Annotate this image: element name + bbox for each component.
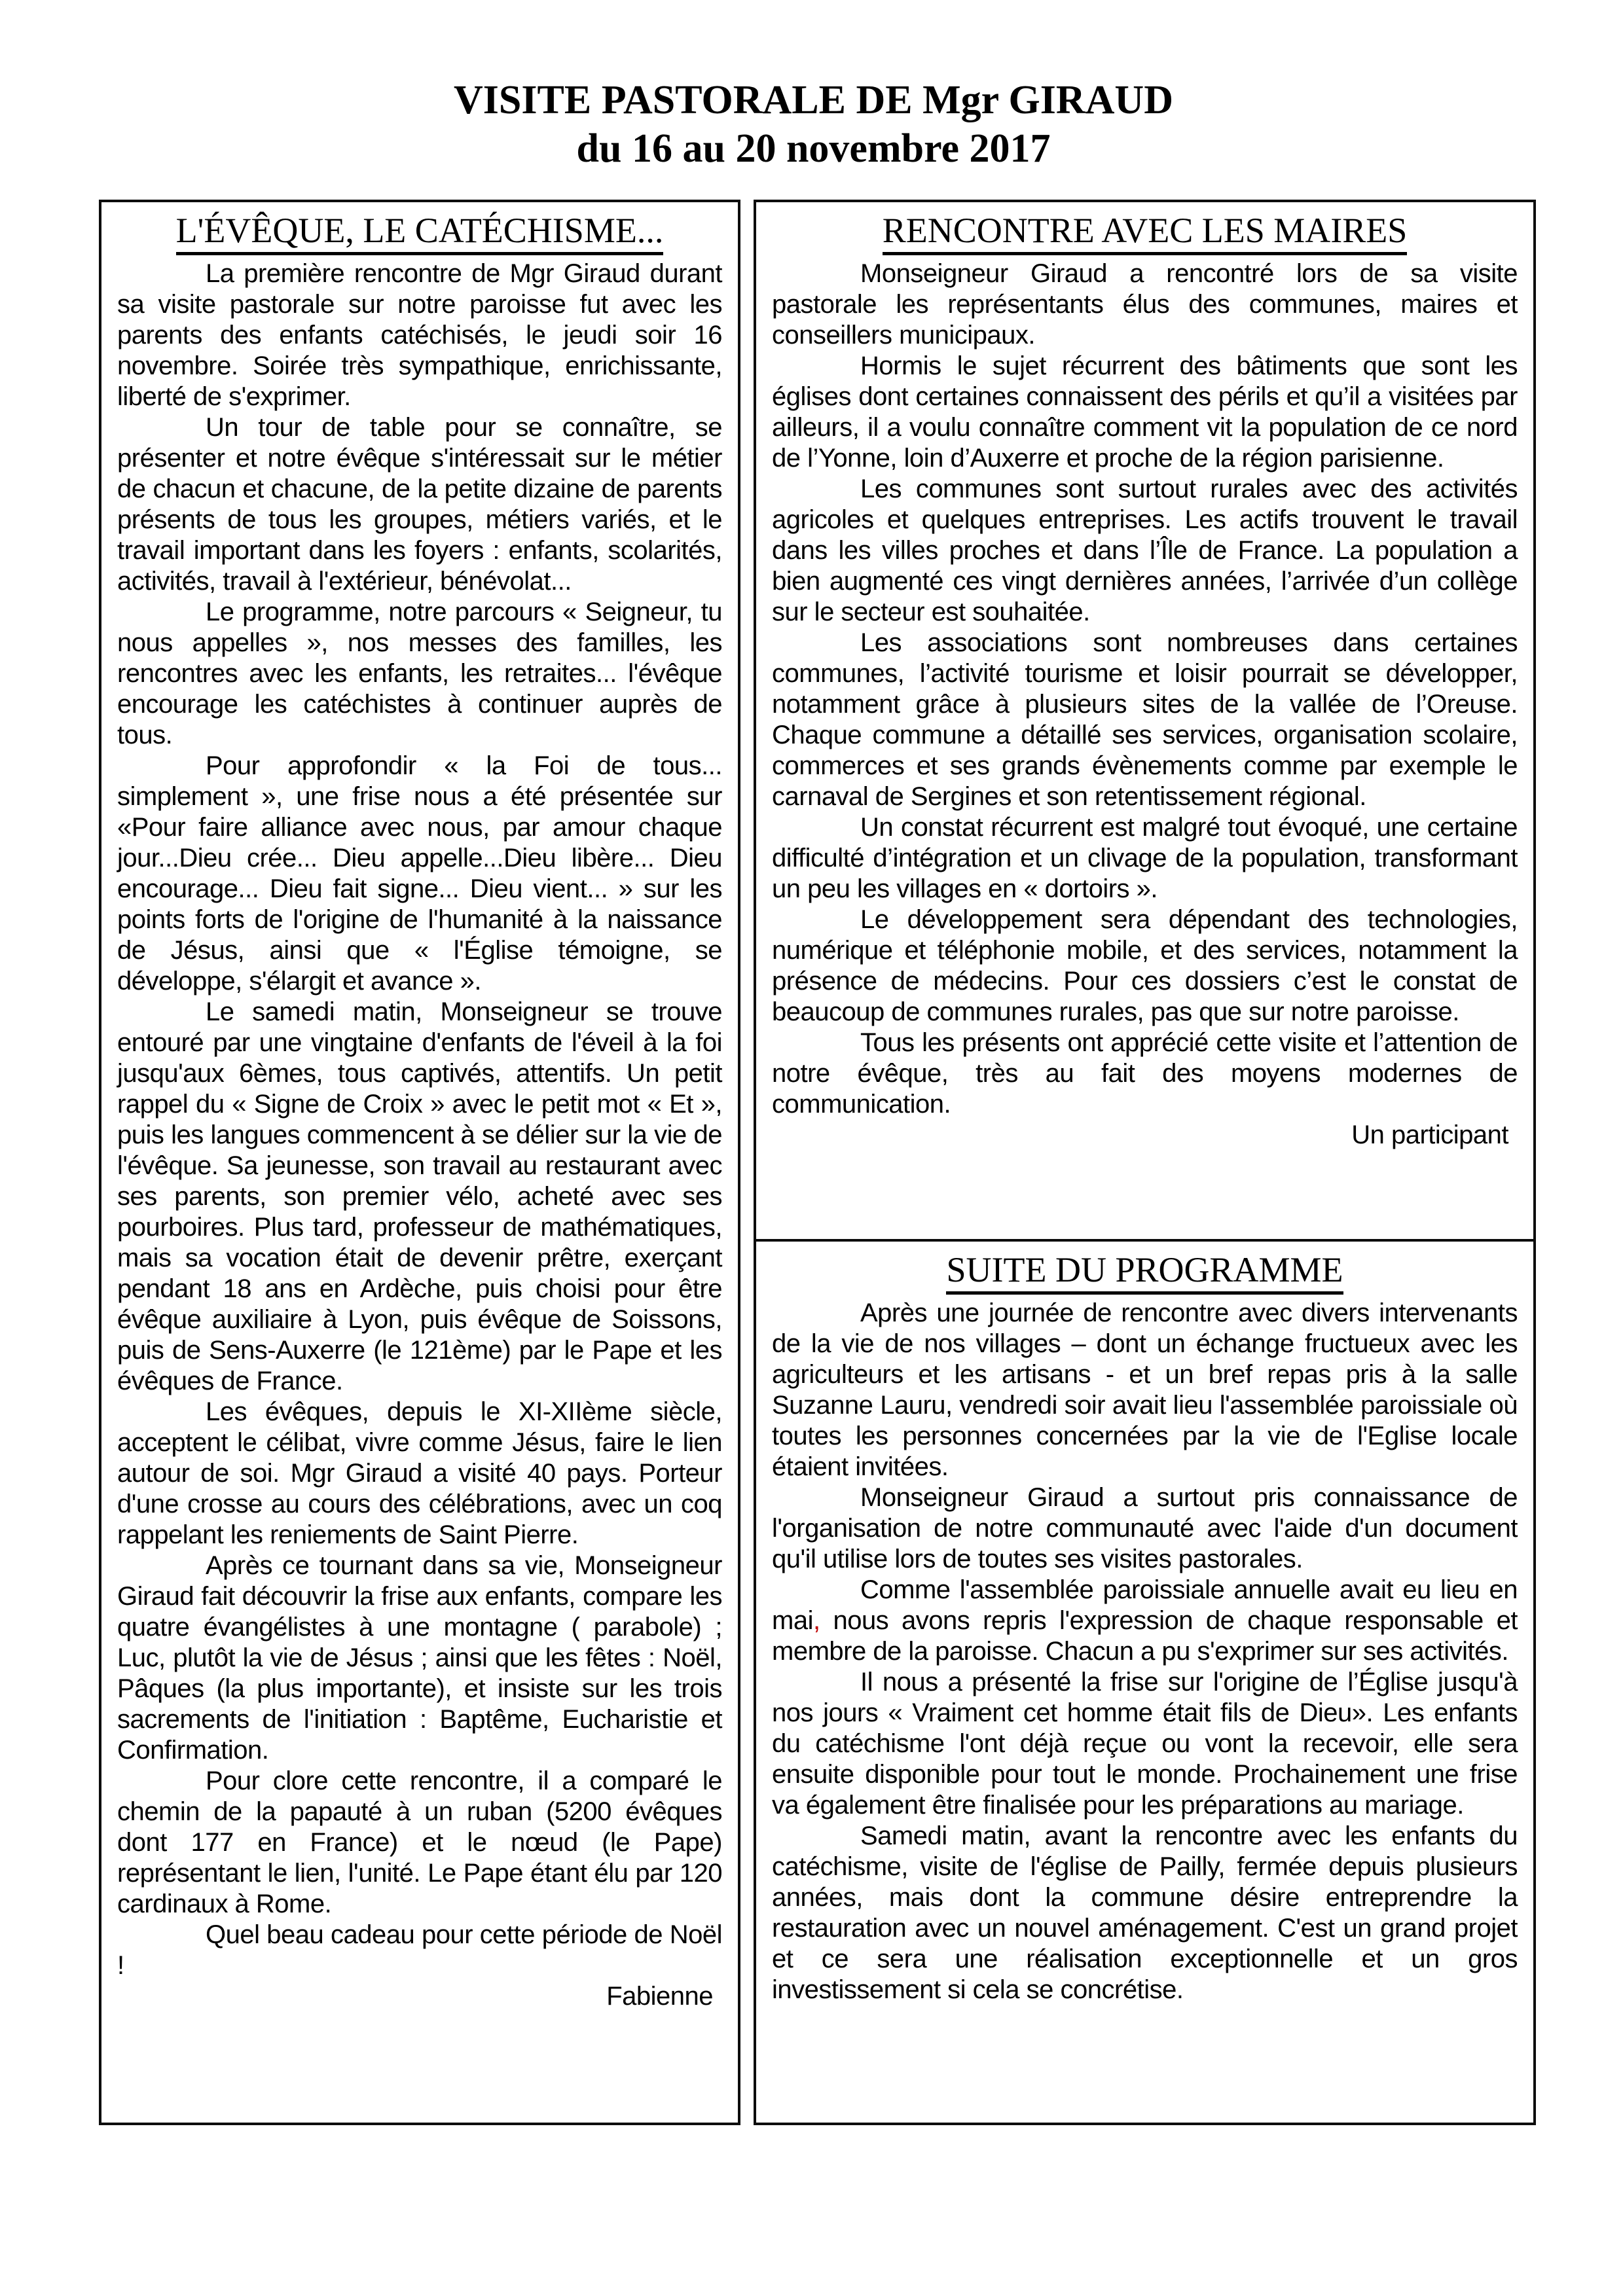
page-title: VISITE PASTORALE DE Mgr GIRAUD du 16 au … [92,76,1535,173]
paragraph: Les évêques, depuis le XI-XIIème siècle,… [117,1397,722,1551]
paragraph: Après une journée de rencontre avec dive… [772,1298,1518,1482]
paragraph: Le développement sera dépendant des tech… [772,905,1518,1028]
signature: Fabienne [117,1981,722,2012]
article-heading: SUITE DU PROGRAMME [772,1249,1518,1290]
paragraph: Comme l'assemblée paroissiale annuelle a… [772,1575,1518,1667]
paragraph: Monseigneur Giraud a surtout pris connai… [772,1482,1518,1575]
article-heading: L'ÉVÊQUE, LE CATÉCHISME... [117,210,722,251]
paragraph: La première rencontre de Mgr Giraud dura… [117,259,722,412]
paragraph: Pour approfondir « la Foi de tous... sim… [117,751,722,997]
paragraph: Le samedi matin, Monseigneur se trouve e… [117,997,722,1397]
article-heading-text: SUITE DU PROGRAMME [946,1250,1343,1295]
article-heading-text: RENCONTRE AVEC LES MAIRES [883,211,1408,255]
page-title-line-1: VISITE PASTORALE DE Mgr GIRAUD [92,76,1535,124]
paragraph: Samedi matin, avant la rencontre avec le… [772,1821,1518,2005]
paragraph: Quel beau cadeau pour cette période de N… [117,1920,722,1981]
paragraph: Hormis le sujet récurrent des bâtiments … [772,351,1518,474]
paragraph: Pour clore cette rencontre, il a comparé… [117,1766,722,1920]
paragraph: Après ce tournant dans sa vie, Monseigne… [117,1551,722,1766]
red-comma: , [813,1606,820,1635]
paragraph: Un constat récurrent est malgré tout évo… [772,812,1518,905]
paragraph: Monseigneur Giraud a rencontré lors de s… [772,259,1518,351]
paragraph: Les associations sont nombreuses dans ce… [772,628,1518,812]
paragraph: Tous les présents ont apprécié cette vis… [772,1028,1518,1120]
newsletter-page: VISITE PASTORALE DE Mgr GIRAUD du 16 au … [0,0,1623,2296]
page-title-line-2: du 16 au 20 novembre 2017 [92,124,1535,173]
paragraph-text: nous avons repris l'expression de chaque… [772,1606,1518,1666]
article-heading-text: L'ÉVÊQUE, LE CATÉCHISME... [176,211,664,255]
article-heading: RENCONTRE AVEC LES MAIRES [772,210,1518,251]
article-eveque-catechisme: L'ÉVÊQUE, LE CATÉCHISME... La première r… [99,200,740,2125]
paragraph: Les communes sont surtout rurales avec d… [772,474,1518,628]
paragraph: Le programme, notre parcours « Seigneur,… [117,597,722,751]
article-suite-programme: SUITE DU PROGRAMME Après une journée de … [754,1239,1536,2125]
signature: Un participant [772,1120,1518,1151]
paragraph: Il nous a présenté la frise sur l'origin… [772,1667,1518,1821]
paragraph: Un tour de table pour se connaître, se p… [117,412,722,597]
article-rencontre-maires: RENCONTRE AVEC LES MAIRES Monseigneur Gi… [754,200,1536,1242]
